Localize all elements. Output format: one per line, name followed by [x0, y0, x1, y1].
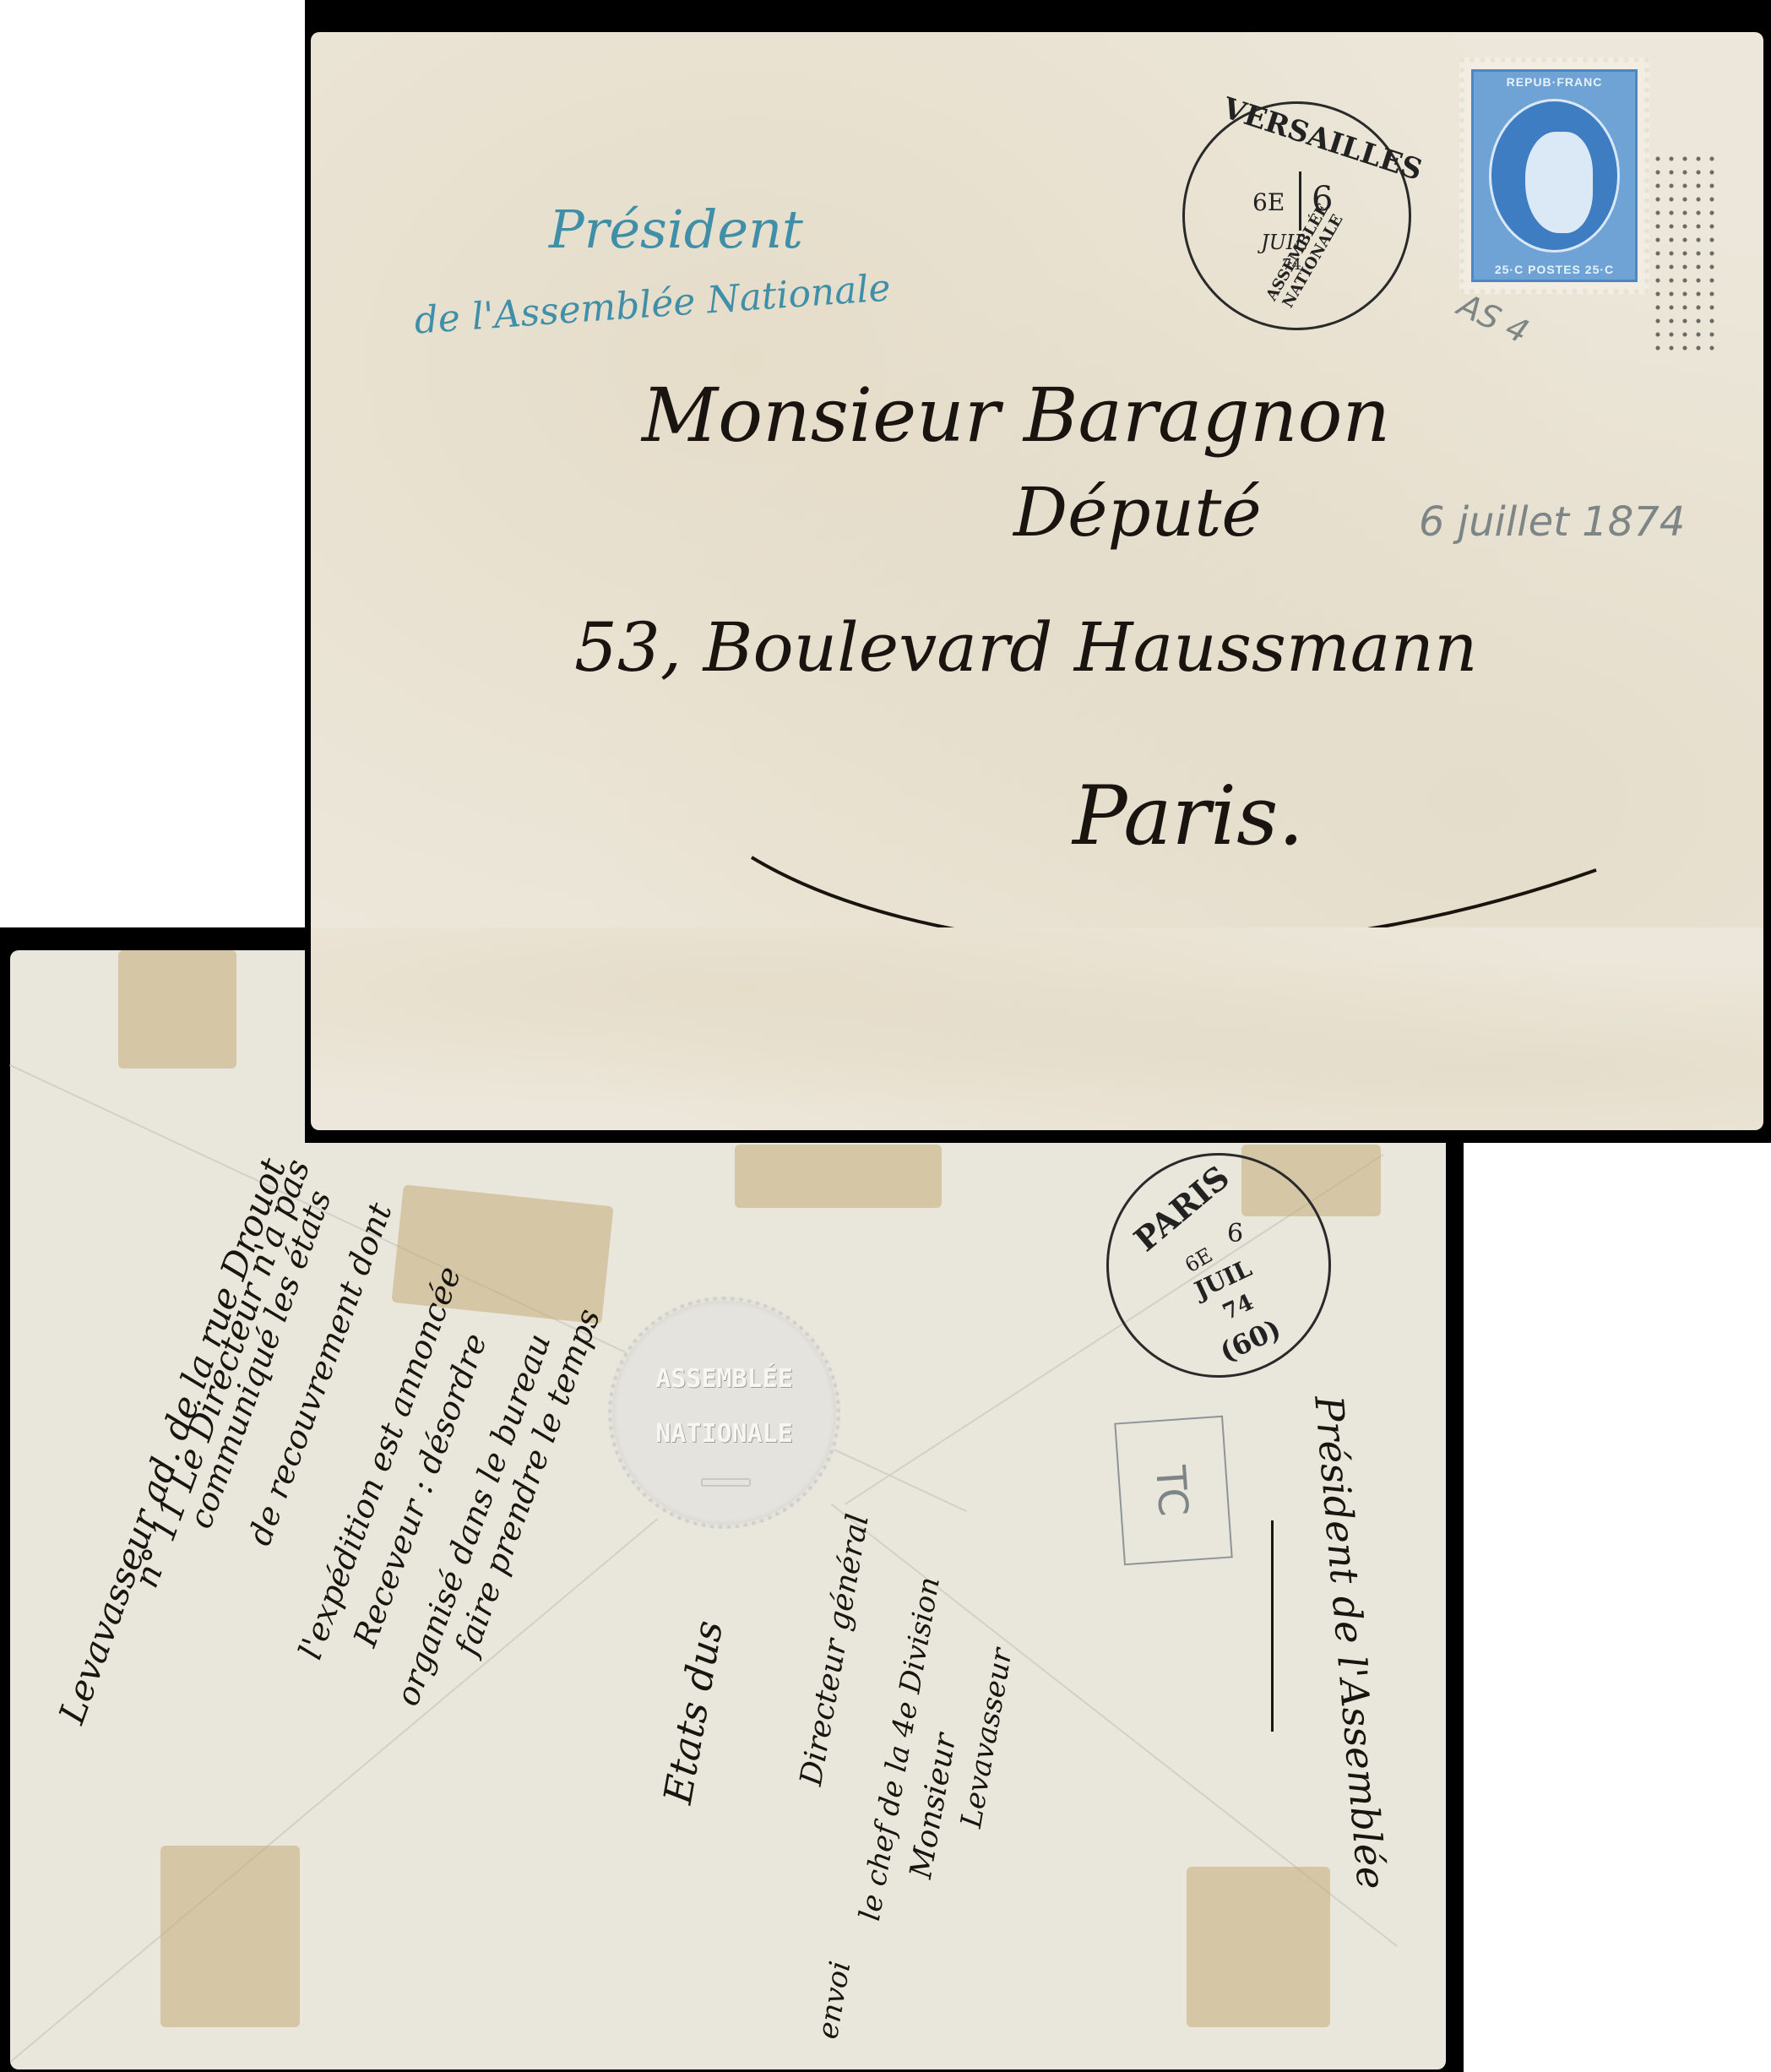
- postmark-month: JUIL: [1261, 231, 1307, 254]
- seal-line2: NATIONALE: [612, 1419, 836, 1449]
- postmark-year: 74: [1219, 1290, 1257, 1325]
- sender-stamp-line1: Président: [549, 198, 803, 260]
- postage-stamp: REPUB·FRANC 25·C POSTES 25·C: [1459, 57, 1649, 294]
- pen-stroke: [1271, 1520, 1274, 1732]
- paris-postmark: PARIS 6E 6 JUIL 74 (60): [1106, 1153, 1331, 1378]
- envelope-front-bottom: [311, 927, 1763, 1130]
- postmark-district: (60): [1214, 1313, 1285, 1368]
- stamp-top-text: REPUB·FRANC: [1474, 75, 1635, 89]
- ceres-head-icon: [1525, 132, 1593, 233]
- postmark-time: 6E: [1252, 188, 1285, 216]
- postmark-day: 6: [1227, 1219, 1243, 1248]
- seal-line1: ASSEMBLÉE: [612, 1364, 836, 1394]
- tape-hinge: [735, 1145, 942, 1208]
- postmark-divider: [1299, 171, 1301, 231]
- stamp-bottom-text: 25·C POSTES 25·C: [1474, 263, 1635, 276]
- pencil-box: TC: [1114, 1416, 1232, 1566]
- pencil-box-text: TC: [1146, 1464, 1197, 1518]
- numeral-cancel-dots: [1651, 152, 1719, 355]
- tape-hinge: [1187, 1867, 1330, 2027]
- embossed-seal: ASSEMBLÉE NATIONALE: [608, 1297, 840, 1529]
- address-line1: Monsieur Baragnon: [642, 372, 1390, 459]
- tape-hinge: [160, 1846, 300, 2027]
- tape-hinge: [118, 950, 236, 1069]
- stamp-medallion: [1489, 99, 1620, 253]
- postmark-year: 74: [1282, 256, 1301, 274]
- postmark-day: 6: [1312, 180, 1333, 219]
- seal-ornament: [701, 1478, 751, 1487]
- versailles-postmark: VERSAILLES ASSEMBLÉE NATIONALE 6E 6 JUIL…: [1182, 101, 1411, 330]
- address-line3: 53, Boulevard Haussmann: [574, 608, 1478, 687]
- address-line2: Député: [1013, 473, 1262, 552]
- pencil-date: 6 juillet 1874: [1419, 498, 1685, 546]
